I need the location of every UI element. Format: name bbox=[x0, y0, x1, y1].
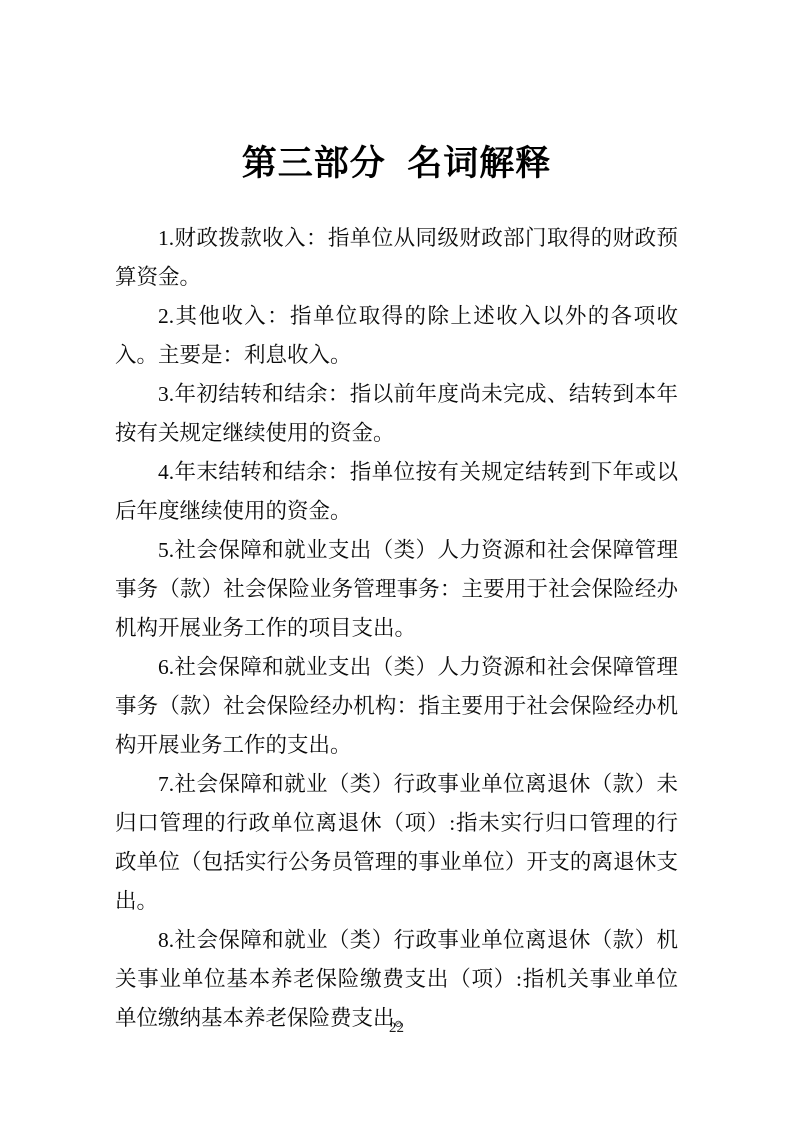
paragraph-5: 5.社会保障和就业支出（类）人力资源和社会保障管理事务（款）社会保险业务管理事务… bbox=[115, 531, 678, 648]
paragraph-4: 4.年末结转和结余：指单位按有关规定结转到下年或以后年度继续使用的资金。 bbox=[115, 453, 678, 531]
document-body: 1.财政拨款收入：指单位从同级财政部门取得的财政预算资金。 2.其他收入：指单位… bbox=[115, 219, 678, 1038]
paragraph-6: 6.社会保障和就业支出（类）人力资源和社会保障管理事务（款）社会保险经办机构：指… bbox=[115, 648, 678, 765]
paragraph-2: 2.其他收入：指单位取得的除上述收入以外的各项收入。主要是：利息收入。 bbox=[115, 297, 678, 375]
document-page: 第三部分 名词解释 1.财政拨款收入：指单位从同级财政部门取得的财政预算资金。 … bbox=[0, 0, 793, 1122]
paragraph-7: 7.社会保障和就业（类）行政事业单位离退休（款）未归口管理的行政单位离退休（项）… bbox=[115, 765, 678, 921]
page-title: 第三部分 名词解释 bbox=[0, 136, 793, 186]
paragraph-3: 3.年初结转和结余：指以前年度尚未完成、结转到本年按有关规定继续使用的资金。 bbox=[115, 375, 678, 453]
page-number: 22 bbox=[0, 1020, 793, 1037]
paragraph-1: 1.财政拨款收入：指单位从同级财政部门取得的财政预算资金。 bbox=[115, 219, 678, 297]
